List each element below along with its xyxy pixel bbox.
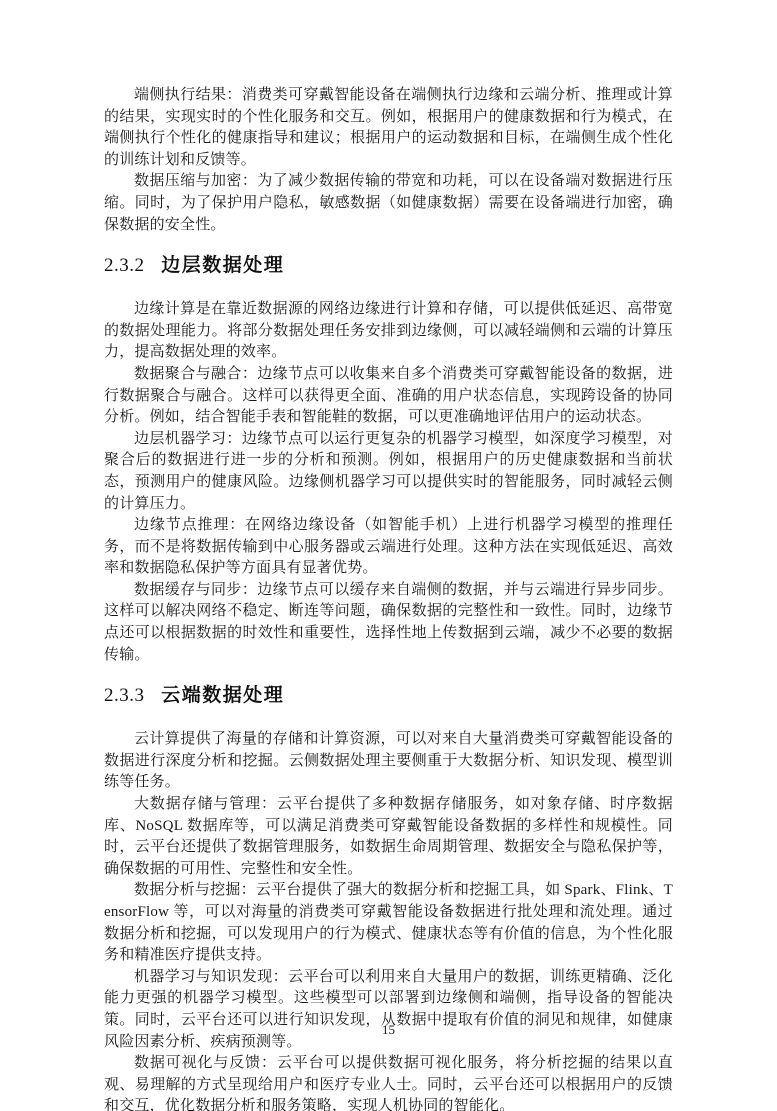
paragraph-cloud-computing-intro: 云计算提供了海量的存储和计算资源，可以对来自大量消费类可穿戴智能设备的数据进行深…	[104, 729, 673, 794]
paragraph-data-cache-sync: 数据缓存与同步：边缘节点可以缓存来自端侧的数据，并与云端进行异步同步。这样可以解…	[104, 580, 673, 666]
page-number: 15	[0, 1022, 777, 1038]
paragraph-ml-knowledge-discovery: 机器学习与知识发现：云平台可以利用来自大量用户的数据，训练更精确、泛化能力更强的…	[104, 967, 673, 1053]
paragraph-big-data-storage: 大数据存储与管理：云平台提供了多种数据存储服务，如对象存储、时序数据库、NoSQ…	[104, 794, 673, 880]
document-page: 端侧执行结果：消费类可穿戴智能设备在端侧执行边缘和云端分析、推理或计算的结果，实…	[0, 0, 777, 1111]
section-number: 2.3.2	[104, 255, 145, 276]
section-heading-2-3-3: 2.3.3 云端数据处理	[104, 682, 673, 709]
section-heading-2-3-2: 2.3.2 边层数据处理	[104, 252, 673, 279]
paragraph-data-aggregation-fusion: 数据聚合与融合：边缘节点可以收集来自多个消费类可穿戴智能设备的数据，进行数据聚合…	[104, 364, 673, 429]
paragraph-data-compression-encryption: 数据压缩与加密：为了减少数据传输的带宽和功耗，可以在设备端对数据进行压缩。同时，…	[104, 171, 673, 236]
section-number: 2.3.3	[104, 685, 145, 706]
paragraph-edge-machine-learning: 边层机器学习：边缘节点可以运行更复杂的机器学习模型，如深度学习模型，对聚合后的数…	[104, 429, 673, 515]
section-title: 云端数据处理	[161, 685, 284, 706]
paragraph-edge-node-inference: 边缘节点推理：在网络边缘设备（如智能手机）上进行机器学习模型的推理任务，而不是将…	[104, 515, 673, 580]
paragraph-data-analysis-mining: 数据分析与挖掘：云平台提供了强大的数据分析和挖掘工具，如 Spark、Flink…	[104, 880, 673, 966]
paragraph-data-visualization-feedback: 数据可视化与反馈：云平台可以提供数据可视化服务，将分析挖掘的结果以直观、易理解的…	[104, 1053, 673, 1111]
paragraph-endside-results: 端侧执行结果：消费类可穿戴智能设备在端侧执行边缘和云端分析、推理或计算的结果，实…	[104, 85, 673, 171]
section-title: 边层数据处理	[161, 255, 284, 276]
paragraph-edge-computing-intro: 边缘计算是在靠近数据源的网络边缘进行计算和存储，可以提供低延迟、高带宽的数据处理…	[104, 299, 673, 364]
